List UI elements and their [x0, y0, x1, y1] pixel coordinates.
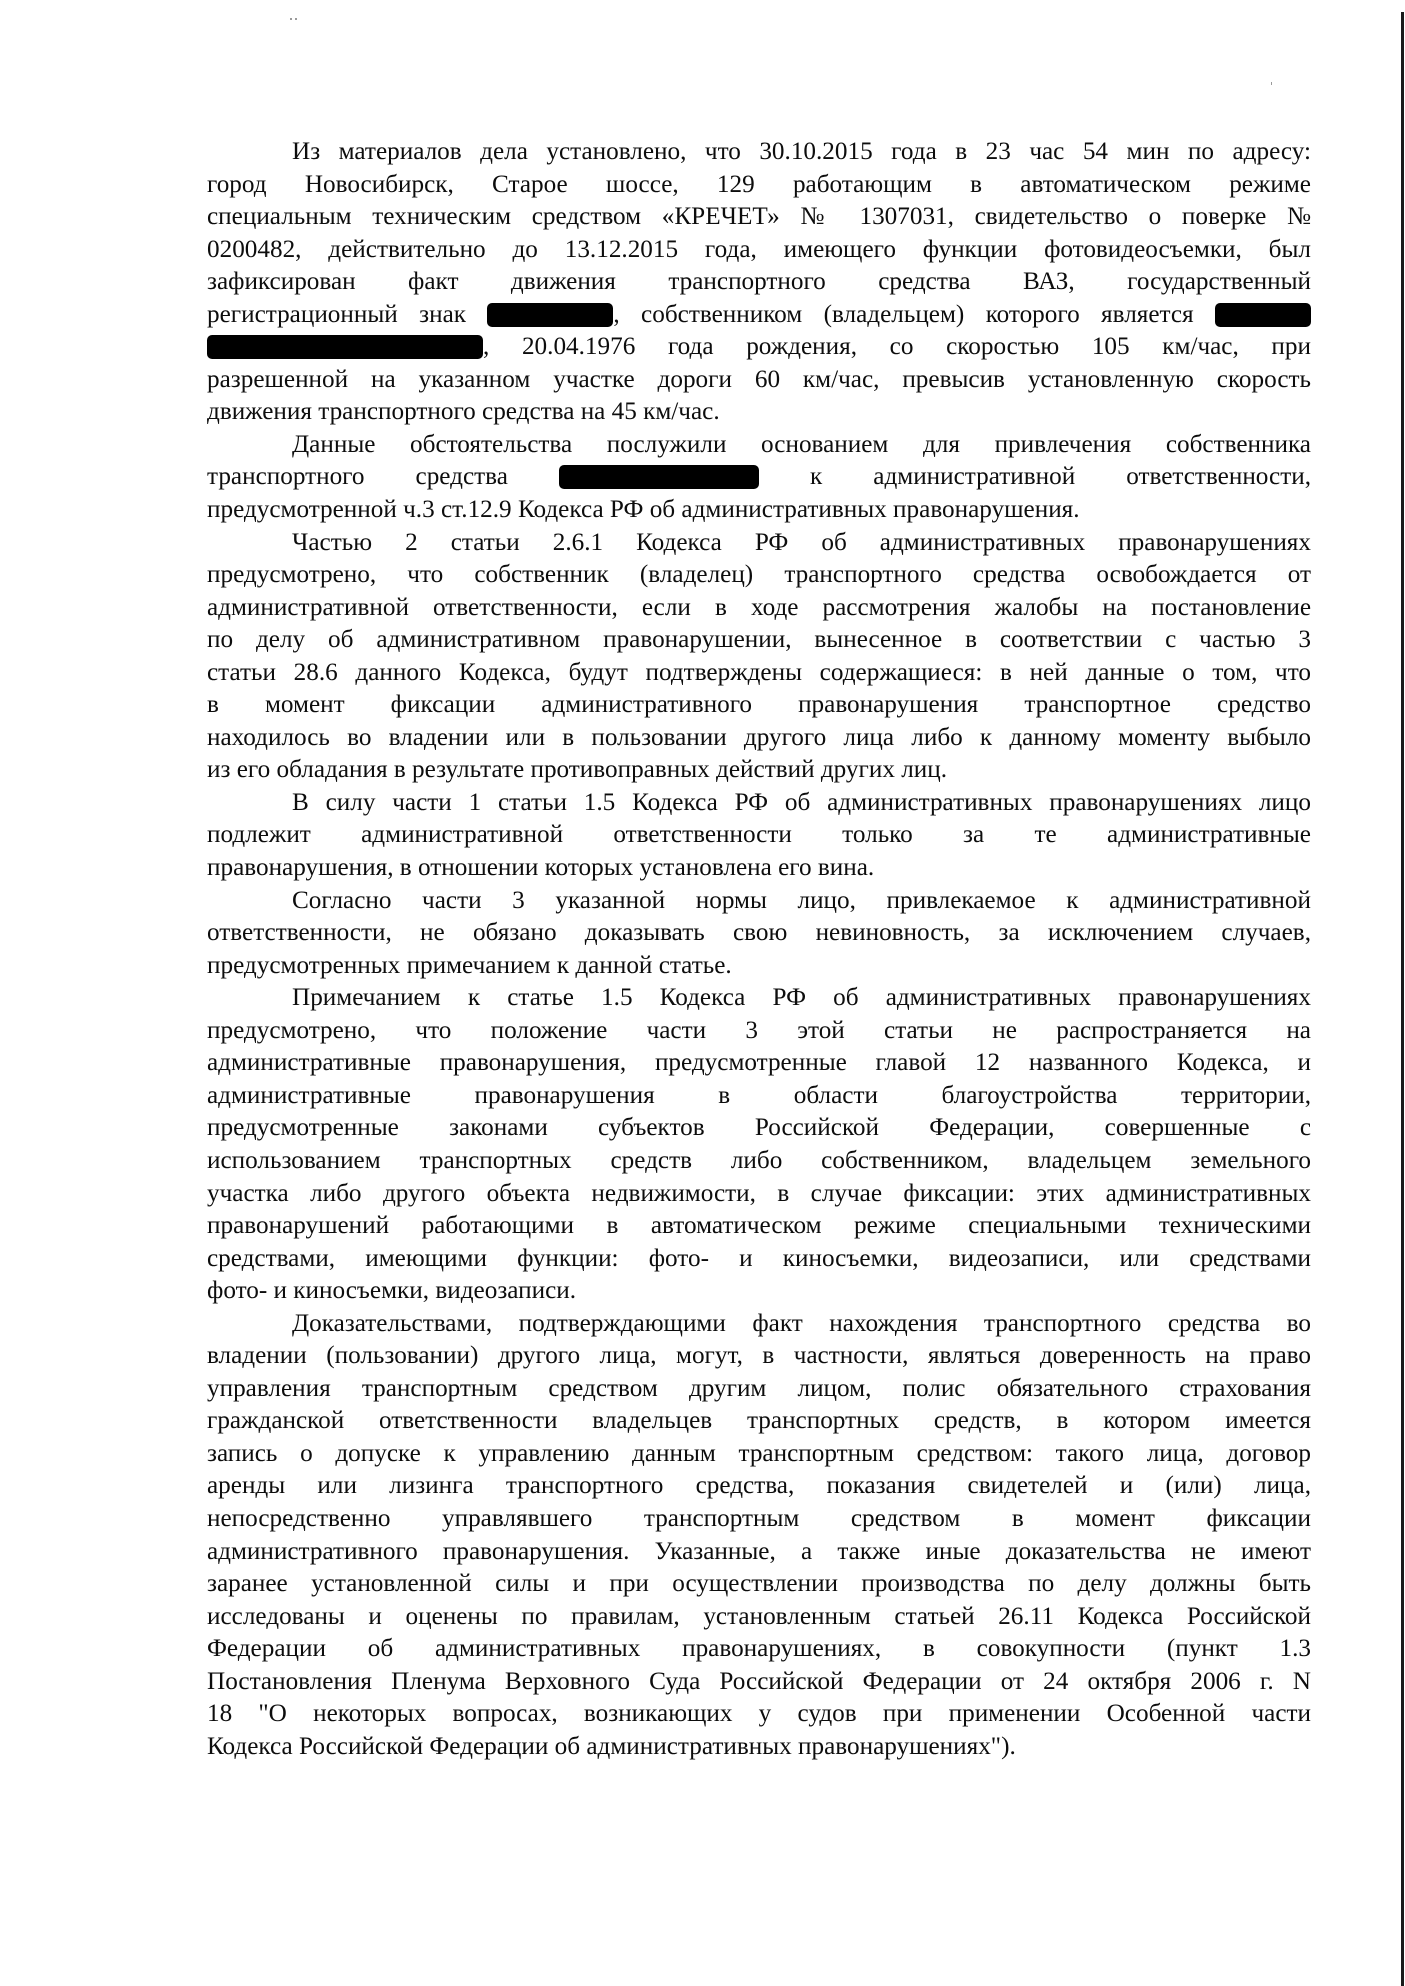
text-span: город Новосибирск, Старое шоссе, 129 раб…	[207, 171, 1311, 198]
page-edge-line	[1401, 12, 1404, 1986]
text-span: зафиксирован факт движения транспортного…	[207, 268, 1311, 295]
text-span: по делу об административном правонарушен…	[207, 626, 1311, 653]
text-span: движения транспортного средства на 45 км…	[207, 398, 720, 425]
text-span: административного правонарушения. Указан…	[207, 1538, 1311, 1565]
redaction-box	[1215, 303, 1311, 327]
text-span: статьи 28.6 данного Кодекса, будут подтв…	[207, 659, 1311, 686]
text-span: 18 "О некоторых вопросах, возникающих у …	[207, 1700, 1311, 1727]
text-line: правонарушений работающими в автоматичес…	[207, 1210, 1311, 1243]
scan-artifact	[295, 18, 297, 20]
text-span: предусмотренные законами субъектов Росси…	[207, 1114, 1311, 1141]
text-line: Из материалов дела установлено, что 30.1…	[207, 136, 1311, 169]
text-span: использованием транспортных средств либо…	[207, 1147, 1311, 1174]
text-span: средствами, имеющими функции: фото- и ки…	[207, 1245, 1311, 1272]
text-span: Постановления Пленума Верховного Суда Ро…	[207, 1668, 1311, 1695]
text-line: правонарушения, в отношении которых уста…	[207, 852, 1311, 885]
text-line: зафиксирован факт движения транспортного…	[207, 266, 1311, 299]
text-span: административной ответственности, если в…	[207, 594, 1311, 621]
text-span: находилось во владении или в пользовании…	[207, 724, 1311, 751]
text-span: Федерации об административных правонаруш…	[207, 1635, 1311, 1662]
text-span: Доказательствами, подтверждающими факт н…	[292, 1310, 1311, 1337]
text-line: фото- и киносъемки, видеозаписи.	[207, 1275, 1311, 1308]
text-line: по делу об административном правонарушен…	[207, 624, 1311, 657]
text-line: Согласно части 3 указанной нормы лицо, п…	[207, 885, 1311, 918]
document-page: Из материалов дела установлено, что 30.1…	[0, 0, 1405, 1986]
paragraph: Согласно части 3 указанной нормы лицо, п…	[207, 885, 1311, 983]
text-line: использованием транспортных средств либо…	[207, 1145, 1311, 1178]
text-line: Частью 2 статьи 2.6.1 Кодекса РФ об адми…	[207, 527, 1311, 560]
paragraph: Частью 2 статьи 2.6.1 Кодекса РФ об адми…	[207, 527, 1311, 787]
text-line: разрешенной на указанном участке дороги …	[207, 364, 1311, 397]
text-line: в момент фиксации административного прав…	[207, 689, 1311, 722]
text-span: предусмотрено, что положение части 3 это…	[207, 1017, 1311, 1044]
text-line: транспортного средства к административно…	[207, 461, 1311, 494]
text-line: предусмотренные законами субъектов Росси…	[207, 1112, 1311, 1145]
text-span: специальным техническим средством «КРЕЧЕ…	[207, 203, 1311, 230]
text-span: подлежит административной ответственност…	[207, 821, 1311, 848]
text-line: непосредственно управлявшего транспортны…	[207, 1503, 1311, 1536]
text-line: Федерации об административных правонаруш…	[207, 1633, 1311, 1666]
text-line: административного правонарушения. Указан…	[207, 1536, 1311, 1569]
text-line: город Новосибирск, Старое шоссе, 129 раб…	[207, 169, 1311, 202]
text-line: аренды или лизинга транспортного средств…	[207, 1470, 1311, 1503]
paragraph: Из материалов дела установлено, что 30.1…	[207, 136, 1311, 429]
text-span: из его обладания в результате противопра…	[207, 756, 947, 783]
text-line: Постановления Пленума Верховного Суда Ро…	[207, 1666, 1311, 1699]
text-line: подлежит административной ответственност…	[207, 819, 1311, 852]
text-line: 0200482, действительно до 13.12.2015 год…	[207, 234, 1311, 267]
text-line: Примечанием к статье 1.5 Кодекса РФ об а…	[207, 982, 1311, 1015]
text-line: исследованы и оценены по правилам, устан…	[207, 1601, 1311, 1634]
text-span: исследованы и оценены по правилам, устан…	[207, 1603, 1311, 1630]
text-span: в момент фиксации административного прав…	[207, 691, 1311, 718]
text-span: ответственности, не обязано доказывать с…	[207, 919, 1311, 946]
text-span: 0200482, действительно до 13.12.2015 год…	[207, 236, 1311, 263]
text-span: предусмотренной ч.3 ст.12.9 Кодекса РФ о…	[207, 496, 1080, 523]
document-body: Из материалов дела установлено, что 30.1…	[207, 136, 1311, 1763]
redaction-box	[487, 303, 613, 327]
text-line: владении (пользовании) другого лица, мог…	[207, 1340, 1311, 1373]
scan-artifact	[1271, 82, 1272, 85]
text-line: заранее установленной силы и при осущест…	[207, 1568, 1311, 1601]
text-span: управления транспортным средством другим…	[207, 1375, 1311, 1402]
redaction-box	[559, 465, 759, 489]
text-line: участка либо другого объекта недвижимост…	[207, 1178, 1311, 1211]
text-line: административной ответственности, если в…	[207, 592, 1311, 625]
text-span: к административной ответственности,	[759, 463, 1311, 490]
text-span: правонарушений работающими в автоматичес…	[207, 1212, 1311, 1239]
text-line: находилось во владении или в пользовании…	[207, 722, 1311, 755]
text-span: регистрационный знак	[207, 301, 487, 328]
text-line: предусмотренной ч.3 ст.12.9 Кодекса РФ о…	[207, 494, 1311, 527]
text-line: управления транспортным средством другим…	[207, 1373, 1311, 1406]
text-span: участка либо другого объекта недвижимост…	[207, 1180, 1311, 1207]
text-line: , 20.04.1976 года рождения, со скоростью…	[207, 331, 1311, 364]
text-span: правонарушения, в отношении которых уста…	[207, 854, 874, 881]
paragraph: Доказательствами, подтверждающими факт н…	[207, 1308, 1311, 1764]
text-line: регистрационный знак , собственником (вл…	[207, 299, 1311, 332]
text-line: ответственности, не обязано доказывать с…	[207, 917, 1311, 950]
text-span: заранее установленной силы и при осущест…	[207, 1570, 1311, 1597]
text-span: аренды или лизинга транспортного средств…	[207, 1472, 1311, 1499]
text-line: гражданской ответственности владельцев т…	[207, 1405, 1311, 1438]
redaction-box	[207, 335, 483, 359]
text-span: административные правонарушения, предусм…	[207, 1049, 1311, 1076]
text-span: фото- и киносъемки, видеозаписи.	[207, 1277, 576, 1304]
text-line: предусмотрено, что собственник (владелец…	[207, 559, 1311, 592]
text-span: Согласно части 3 указанной нормы лицо, п…	[292, 887, 1311, 914]
text-span: В силу части 1 статьи 1.5 Кодекса РФ об …	[292, 789, 1311, 816]
text-span: предусмотрено, что собственник (владелец…	[207, 561, 1311, 588]
text-span: Данные обстоятельства послужили основани…	[292, 431, 1311, 458]
text-span: административные правонарушения в област…	[207, 1082, 1311, 1109]
text-line: Кодекса Российской Федерации об админист…	[207, 1731, 1311, 1764]
paragraph: В силу части 1 статьи 1.5 Кодекса РФ об …	[207, 787, 1311, 885]
text-line: Данные обстоятельства послужили основани…	[207, 429, 1311, 462]
text-line: административные правонарушения, предусм…	[207, 1047, 1311, 1080]
text-span: Кодекса Российской Федерации об админист…	[207, 1733, 1016, 1760]
text-line: Доказательствами, подтверждающими факт н…	[207, 1308, 1311, 1341]
paragraph: Примечанием к статье 1.5 Кодекса РФ об а…	[207, 982, 1311, 1307]
text-line: административные правонарушения в област…	[207, 1080, 1311, 1113]
text-line: статьи 28.6 данного Кодекса, будут подтв…	[207, 657, 1311, 690]
text-line: В силу части 1 статьи 1.5 Кодекса РФ об …	[207, 787, 1311, 820]
text-span: , 20.04.1976 года рождения, со скоростью…	[483, 333, 1311, 360]
text-line: из его обладания в результате противопра…	[207, 754, 1311, 787]
text-line: 18 "О некоторых вопросах, возникающих у …	[207, 1698, 1311, 1731]
text-line: запись о допуске к управлению данным тра…	[207, 1438, 1311, 1471]
text-span: Из материалов дела установлено, что 30.1…	[292, 138, 1311, 165]
scan-artifact	[290, 18, 292, 20]
text-span: , собственником (владельцем) которого яв…	[613, 301, 1215, 328]
text-line: предусмотрено, что положение части 3 это…	[207, 1015, 1311, 1048]
text-span: владении (пользовании) другого лица, мог…	[207, 1342, 1311, 1369]
text-span: разрешенной на указанном участке дороги …	[207, 366, 1311, 393]
text-span: Примечанием к статье 1.5 Кодекса РФ об а…	[292, 984, 1311, 1011]
text-span: предусмотренных примечанием к данной ста…	[207, 952, 732, 979]
text-span: гражданской ответственности владельцев т…	[207, 1407, 1311, 1434]
paragraph: Данные обстоятельства послужили основани…	[207, 429, 1311, 527]
text-span: запись о допуске к управлению данным тра…	[207, 1440, 1311, 1467]
text-line: средствами, имеющими функции: фото- и ки…	[207, 1243, 1311, 1276]
text-span: транспортного средства	[207, 463, 559, 490]
text-line: специальным техническим средством «КРЕЧЕ…	[207, 201, 1311, 234]
text-line: предусмотренных примечанием к данной ста…	[207, 950, 1311, 983]
text-span: непосредственно управлявшего транспортны…	[207, 1505, 1311, 1532]
text-line: движения транспортного средства на 45 км…	[207, 396, 1311, 429]
text-span: Частью 2 статьи 2.6.1 Кодекса РФ об адми…	[292, 529, 1311, 556]
